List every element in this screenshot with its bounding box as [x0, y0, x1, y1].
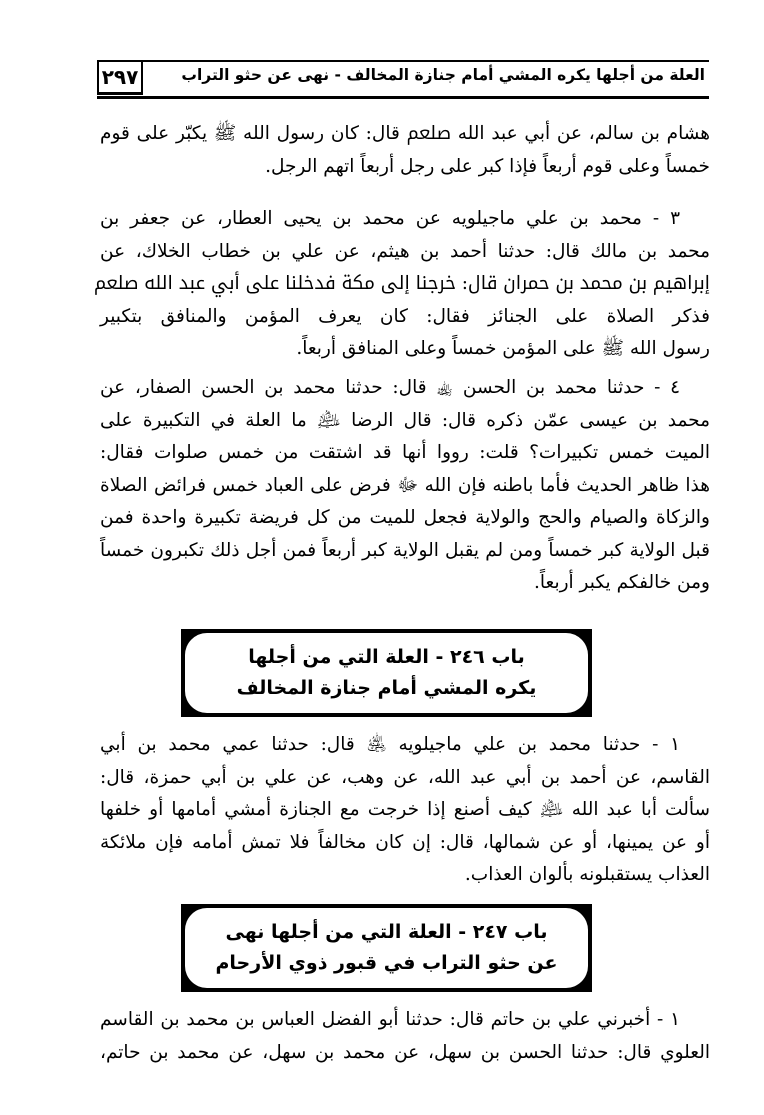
chapter-heading-panel: باب ٢٤٧ - العلة التي من أجلها نهى عن حثو…: [185, 908, 588, 988]
chapter-heading-246: باب ٢٤٦ - العلة التي من أجلها يكره المشي…: [181, 629, 592, 717]
chapter-title-line-2: عن حثو التراب في قبور ذوي الأرحام: [185, 948, 588, 979]
text-line: محمد بن مالك قال: حدثنا أحمد بن هيثم، عن…: [100, 236, 710, 269]
chapter-heading-247: باب ٢٤٧ - العلة التي من أجلها نهى عن حثو…: [181, 904, 592, 992]
chapter-title-line-1: باب ٢٤٦ - العلة التي من أجلها: [185, 642, 588, 673]
running-header: ٢٩٧ العلة من أجلها يكره المشي أمام جنازة…: [97, 60, 709, 99]
paragraph-chapter-246-hadith-1: ١ - حدثنا محمد بن علي ماجيلويه ﵁ قال: حد…: [100, 729, 710, 892]
text-line: أو عن يمينها، أو عن شمالها، قال: إن كان …: [100, 827, 710, 860]
book-page: ٢٩٧ العلة من أجلها يكره المشي أمام جنازة…: [0, 0, 764, 1115]
text-line: ومن خالفكم يكبر أربعاً.: [100, 567, 710, 600]
text-line: محمد بن عيسى عمّن ذكره قال: قال الرضا ﵇ …: [100, 405, 710, 438]
paragraph-hadith-3: ٣ - محمد بن علي ماجيلويه عن محمد بن يحيى…: [100, 203, 710, 366]
text-line: فذكر الصلاة على الجنائز فقال: كان يعرف ا…: [100, 301, 710, 334]
text-line: ٤ - حدثنا محمد بن الحسن ﵀ قال: حدثنا محم…: [100, 372, 710, 405]
text-line: العلوي قال: حدثنا الحسن بن سهل، عن محمد …: [100, 1037, 710, 1070]
text-line: ١ - حدثنا محمد بن علي ماجيلويه ﵁ قال: حد…: [100, 729, 710, 762]
text-line: الميت خمس تكبيرات؟ قلت: رووا أنها قد اشت…: [100, 437, 710, 470]
running-title: العلة من أجلها يكره المشي أمام جنازة الم…: [181, 66, 705, 84]
text-line: القاسم، عن أحمد بن أبي عبد الله، عن وهب،…: [100, 762, 710, 795]
paragraph-chapter-247-hadith-1: ١ - أخبرني علي بن حاتم قال: حدثنا أبو ال…: [100, 1004, 710, 1069]
text-line: قبل الولاية كبر خمساً ومن لم يقبل الولاي…: [100, 535, 710, 568]
paragraph-hadith-2-continued: هشام بن سالم، عن أبي عبد الله ﷵ قال: كان…: [100, 118, 710, 183]
chapter-heading-panel: باب ٢٤٦ - العلة التي من أجلها يكره المشي…: [185, 633, 588, 713]
chapter-title-line-2: يكره المشي أمام جنازة المخالف: [185, 673, 588, 704]
text-line: ١ - أخبرني علي بن حاتم قال: حدثنا أبو ال…: [100, 1004, 710, 1037]
text-line: خمساً وعلى قوم أربعاً فإذا كبر على رجل أ…: [100, 151, 710, 184]
chapter-title-line-1: باب ٢٤٧ - العلة التي من أجلها نهى: [185, 917, 588, 948]
text-line: هشام بن سالم، عن أبي عبد الله ﷵ قال: كان…: [100, 118, 710, 151]
text-line: هذا ظاهر الحديث فأما باطنه فإن الله ﷻ فر…: [100, 470, 710, 503]
paragraph-hadith-4: ٤ - حدثنا محمد بن الحسن ﵀ قال: حدثنا محم…: [100, 372, 710, 600]
text-line: العذاب يستقبلونه بألوان العذاب.: [100, 859, 710, 892]
text-line: رسول الله ﷺ على المؤمن خمساً وعلى المناف…: [100, 333, 710, 366]
page-number: ٢٩٧: [97, 60, 143, 95]
text-line: سألت أبا عبد الله ﵇ كيف أصنع إذا خرجت مع…: [100, 794, 710, 827]
text-line: إبراهيم بن محمد بن حمران قال: خرجنا إلى …: [100, 268, 710, 301]
text-line: والزكاة والصيام والحج والولاية فجعل للمي…: [100, 502, 710, 535]
text-line: ٣ - محمد بن علي ماجيلويه عن محمد بن يحيى…: [100, 203, 710, 236]
